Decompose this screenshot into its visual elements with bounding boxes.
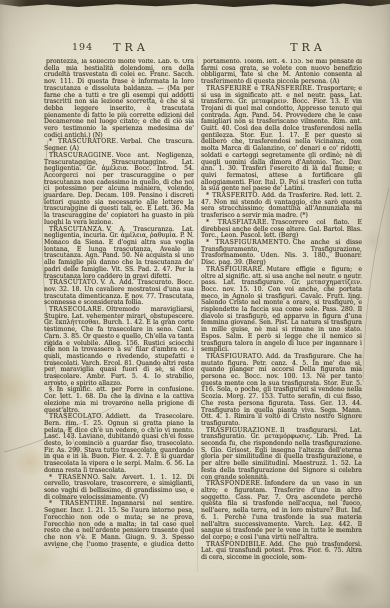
scanned-book-page: 194 TRA TRA prontezza, la sollecitò molt… (0, 0, 390, 608)
scan-vignette (0, 0, 390, 608)
